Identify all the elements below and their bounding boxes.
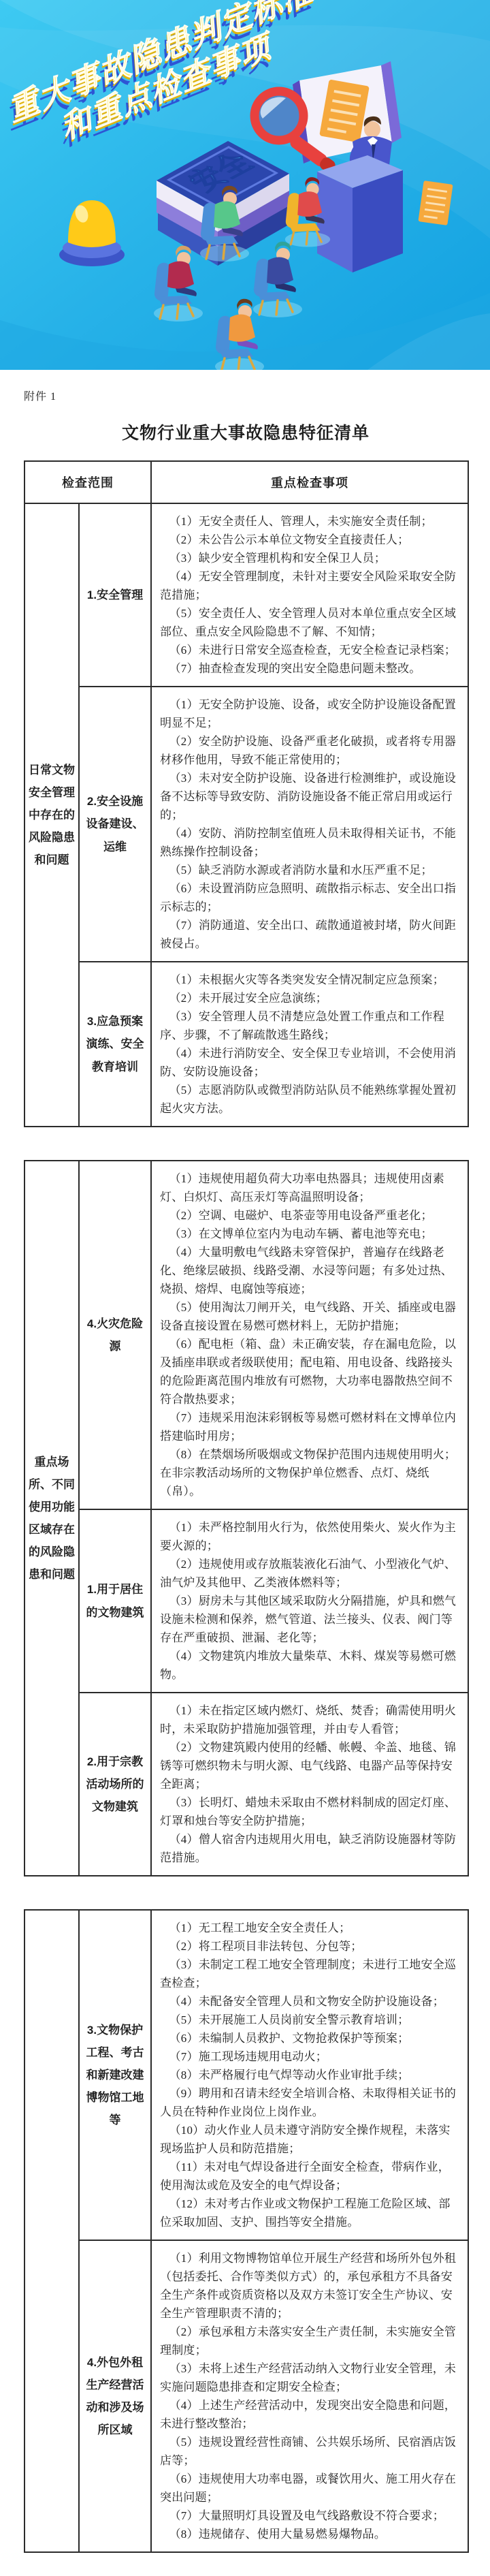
checklist-item: （6）配电柜（箱、盘）未正确安装，存在漏电危险，以及插座串联或者级联使用；配电箱… [160, 1335, 459, 1409]
checklist-item: （5）缺乏消防水源或者消防水量和水压严重不足； [160, 861, 459, 879]
checklist-item: （4）未进行消防安全、安全保卫专业培训，不会使用消防、安防设施设备； [160, 1044, 459, 1081]
checklist-item: （2）未开展过安全应急演练； [160, 989, 459, 1007]
checklist-row: 3.应急预案演练、安全教育培训（1）未根据火灾等各类突发安全情况制定应急预案；（… [24, 962, 468, 1127]
checklist-item: （1）未严格控制用火行为，依然使用柴火、炭火作为主要火源的； [160, 1518, 459, 1555]
checklist-row: 2.安全设施设备建设、运维（1）无安全防护设施、设备，或安全防护设施设备配置明显… [24, 687, 468, 962]
checklist-tables: 检查范围重点检查事项日常文物安全管理中存在的风险隐患和问题1.安全管理（1）无安… [22, 460, 469, 2553]
checklist-item: （4）无安全管理制度，未针对主要安全风险采取安全防范措施； [160, 567, 459, 604]
category-cell: 2.用于宗教活动场所的文物建筑 [79, 1693, 151, 1876]
checklist-item: （2）空调、电磁炉、电茶壶等用电设备严重老化； [160, 1206, 459, 1225]
checklist-item: （1）违规使用超负荷大功率电热器具；违规使用卤素灯、白炽灯、高压汞灯等高温照明设… [160, 1169, 459, 1206]
checklist-item: （2）将工程项目非法转包、分包等； [160, 1937, 459, 1955]
checklist-item: （8）违规储存、使用大量易燃易爆物品。 [160, 2525, 459, 2543]
checklist-item: （3）厨房未与其他区域采取防火分隔措施，炉具和燃气设施未检测和保养，燃气管道、法… [160, 1592, 459, 1647]
checklist-row: 2.用于宗教活动场所的文物建筑（1）未在指定区域内燃灯、烧纸、焚香；确需使用明火… [24, 1693, 468, 1876]
checklist-item: （11）未对电气焊设备进行全面安全检查，带病作业，使用淘汰或危及安全的电气焊设备… [160, 2158, 459, 2195]
checklist-item: （3）未制定工程工地安全管理制度；未进行工地安全巡查检查； [160, 1955, 459, 1992]
checklist-item: （1）无安全防护设施、设备，或安全防护设施设备配置明显不足； [160, 695, 459, 732]
checklist-item: （2）安全防护设施、设备严重老化破损，或者将专用器材移作他用，导致不能正常使用的… [160, 732, 459, 769]
checklist-item: （1）无工程工地安全安全责任人； [160, 1919, 459, 1937]
checklist-item: （5）使用淘汰刀闸开关，电气线路、开关、插座或电器设备直接设置在易燃可燃材料上，… [160, 1298, 459, 1335]
table-header-row: 检查范围重点检查事项 [24, 461, 468, 503]
checklist-item: （5）安全责任人、安全管理人员对本单位重点安全区域部位、重点安全风险隐患不了解、… [160, 604, 459, 641]
checklist-item: （3）安全管理人员不清楚应急处置工作重点和工作程序、步骤，不了解疏散逃生路线； [160, 1007, 459, 1044]
checklist-item: （3）未将上述生产经营活动纳入文物行业安全管理，未实施问题隐患排查和定期安全检查… [160, 2359, 459, 2396]
attachment-label: 附件 1 [24, 388, 469, 403]
checklist-item: （7）抽查检查发现的突出安全隐患问题未整改。 [160, 659, 459, 678]
checklist-item: （2）未公告公示本单位文物安全直接责任人； [160, 531, 459, 549]
items-cell: （1）未严格控制用火行为，依然使用柴火、炭火作为主要火源的；（2）违规使用或存放… [151, 1509, 468, 1693]
items-cell: （1）利用文物博物馆单位开展生产经营和场所外包外租（包括委托、合作等类似方式）的… [151, 2240, 468, 2552]
items-cell: （1）违规使用超负荷大功率电热器具；违规使用卤素灯、白炽灯、高压汞灯等高温照明设… [151, 1161, 468, 1509]
checklist-item: （6）违规使用大功率电器，或餐饮用火、施工用火存在突出问题； [160, 2470, 459, 2507]
checklist-table-3: 3.文物保护工程、考古和新建改建博物馆工地等（1）无工程工地安全安全责任人；（2… [24, 1909, 469, 2553]
hero-illustration: 安全 重大事故隐患判定标准 和重点检查事项 [0, 0, 490, 370]
items-cell: （1）未在指定区域内燃灯、烧纸、焚香；确需使用明火时，未采取防护措施加强管理，并… [151, 1693, 468, 1876]
checklist-item: （4）僧人宿舍内违规用火用电，缺乏消防设施器材等防范措施。 [160, 1830, 459, 1867]
checklist-item: （1）利用文物博物馆单位开展生产经营和场所外包外租（包括委托、合作等类似方式）的… [160, 2249, 459, 2323]
scope-column-header: 检查范围 [24, 461, 151, 503]
checklist-item: （2）违规使用或存放瓶装液化石油气、小型液化气炉、油气炉及其他甲、乙类液体燃料等… [160, 1555, 459, 1592]
category-cell: 4.外包外租生产经营活动和涉及场所区域 [79, 2240, 151, 2552]
category-cell: 4.火灾危险源 [79, 1161, 151, 1509]
checklist-row: 日常文物安全管理中存在的风险隐患和问题1.安全管理（1）无安全责任人、管理人，未… [24, 503, 468, 687]
checklist-item: （4）上述生产经营活动中，发现突出安全隐患和问题，未进行整改整治； [160, 2396, 459, 2433]
checklist-item: （3）缺少安全管理机构和安全保卫人员； [160, 549, 459, 567]
checklist-item: （6）未设置消防应急照明、疏散指示标志、安全出口指示标志的； [160, 879, 459, 916]
document-icon [418, 180, 453, 225]
document-page: 附件 1 文物行业重大事故隐患特征清单 检查范围重点检查事项日常文物安全管理中存… [0, 370, 490, 2576]
checklist-item: （12）未对考古作业或文物保护工程施工危险区域、部位采取加固、支护、围挡等安全措… [160, 2195, 459, 2231]
checklist-item: （9）聘用和召请未经安全培训合格、未取得相关证书的人员在特种作业岗位上岗作业。 [160, 2084, 459, 2121]
checklist-row: 1.用于居住的文物建筑（1）未严格控制用火行为，依然使用柴火、炭火作为主要火源的… [24, 1509, 468, 1693]
checklist-item: （7）消防通道、安全出口、疏散通道被封堵，防火间距被侵占。 [160, 916, 459, 953]
page-title: 文物行业重大事故隐患特征清单 [22, 420, 469, 444]
checklist-item: （1）未根据火灾等各类突发安全情况制定应急预案； [160, 971, 459, 989]
items-cell: （1）无工程工地安全安全责任人；（2）将工程项目非法转包、分包等；（3）未制定工… [151, 1910, 468, 2240]
checklist-item: （3）在文博单位室内为电动车辆、蓄电池等充电； [160, 1225, 459, 1243]
category-cell: 1.安全管理 [79, 503, 151, 687]
category-cell: 1.用于居住的文物建筑 [79, 1509, 151, 1693]
podium-icon [317, 155, 403, 272]
checklist-row: 4.外包外租生产经营活动和涉及场所区域（1）利用文物博物馆单位开展生产经营和场所… [24, 2240, 468, 2552]
checklist-item: （1）未在指定区域内燃灯、烧纸、焚香；确需使用明火时，未采取防护措施加强管理，并… [160, 1701, 459, 1738]
checklist-item: （3）长明灯、蜡烛未采取由不燃材料制成的固定灯座、灯罩和烛台等安全防护措施； [160, 1793, 459, 1830]
checklist-item: （2）文物建筑殿内使用的经幡、帐幔、伞盖、地毯、锦锈等可燃织物未与明火源、电气线… [160, 1738, 459, 1793]
checklist-item: （10）动火作业人员未遵守消防安全操作规程，未落实现场监护人员和防范措施； [160, 2121, 459, 2158]
scope-cell: 日常文物安全管理中存在的风险隐患和问题 [24, 503, 79, 1127]
checklist-row: 3.文物保护工程、考古和新建改建博物馆工地等（1）无工程工地安全安全责任人；（2… [24, 1910, 468, 2240]
category-cell: 3.应急预案演练、安全教育培训 [79, 962, 151, 1127]
checklist-item: （8）在禁烟场所吸烟或文物保护范围内违规使用明火；在非宗教活动场所的文物保护单位… [160, 1445, 459, 1501]
checklist-item: （7）违规采用泡沫彩钢板等易燃可燃材料在文博单位内搭建临时用房； [160, 1409, 459, 1445]
checklist-item: （2）承包承租方未落实安全生产责任制，未实施安全管理制度； [160, 2323, 459, 2359]
items-cell: （1）未根据火灾等各类突发安全情况制定应急预案；（2）未开展过安全应急演练；（3… [151, 962, 468, 1127]
items-cell: （1）无安全责任人、管理人，未实施安全责任制；（2）未公告公示本单位文物安全直接… [151, 503, 468, 687]
items-column-header: 重点检查事项 [151, 461, 468, 503]
scope-cell: 重点场所、不同使用功能区域存在的风险隐患和问题 [24, 1161, 79, 1876]
checklist-table-2: 重点场所、不同使用功能区域存在的风险隐患和问题4.火灾危险源（1）违规使用超负荷… [24, 1160, 469, 1876]
checklist-item: （6）未编制人员救护、文物抢救保护等预案； [160, 2029, 459, 2047]
checklist-item: （8）未严格履行电气焊等动火作业审批手续； [160, 2066, 459, 2084]
items-cell: （1）无安全防护设施、设备，或安全防护设施设备配置明显不足；（2）安全防护设施、… [151, 687, 468, 962]
checklist-item: （3）未对安全防护设施、设备进行检测维护，或设施设备不达标等导致安防、消防设施设… [160, 769, 459, 824]
checklist-item: （5）违规设置经营性商铺、公共娱乐场所、民宿酒店饭店等； [160, 2433, 459, 2470]
checklist-item: （7）施工现场违规用电动火； [160, 2047, 459, 2066]
checklist-item: （4）文物建筑内堆放大量柴草、木料、煤炭等易燃可燃物。 [160, 1647, 459, 1684]
checklist-row: 重点场所、不同使用功能区域存在的风险隐患和问题4.火灾危险源（1）违规使用超负荷… [24, 1161, 468, 1509]
checklist-item: （4）未配备安全管理人员和文物安全防护设施设备； [160, 1992, 459, 2011]
checklist-item: （7）大量照明灯具设置及电气线路敷设不符合要求； [160, 2507, 459, 2525]
category-cell: 2.安全设施设备建设、运维 [79, 687, 151, 962]
checklist-table-1: 检查范围重点检查事项日常文物安全管理中存在的风险隐患和问题1.安全管理（1）无安… [24, 460, 469, 1127]
category-cell: 3.文物保护工程、考古和新建改建博物馆工地等 [79, 1910, 151, 2240]
scope-cell [24, 1910, 79, 2552]
checklist-item: （5）志愿消防队或微型消防站队员不能熟练掌握处置初起火灾方法。 [160, 1081, 459, 1118]
checklist-item: （1）无安全责任人、管理人，未实施安全责任制； [160, 512, 459, 531]
checklist-item: （4）大量明敷电气线路未穿管保护，普遍存在线路老化、绝缘层破损、线路受潮、水浸等… [160, 1243, 459, 1298]
checklist-item: （5）未开展施工人员岗前安全警示教育培训； [160, 2011, 459, 2029]
checklist-item: （6）未进行日常安全巡查检查，无安全检查记录档案； [160, 641, 459, 659]
checklist-item: （4）安防、消防控制室值班人员未取得相关证书，不能熟练操作控制设备； [160, 824, 459, 861]
